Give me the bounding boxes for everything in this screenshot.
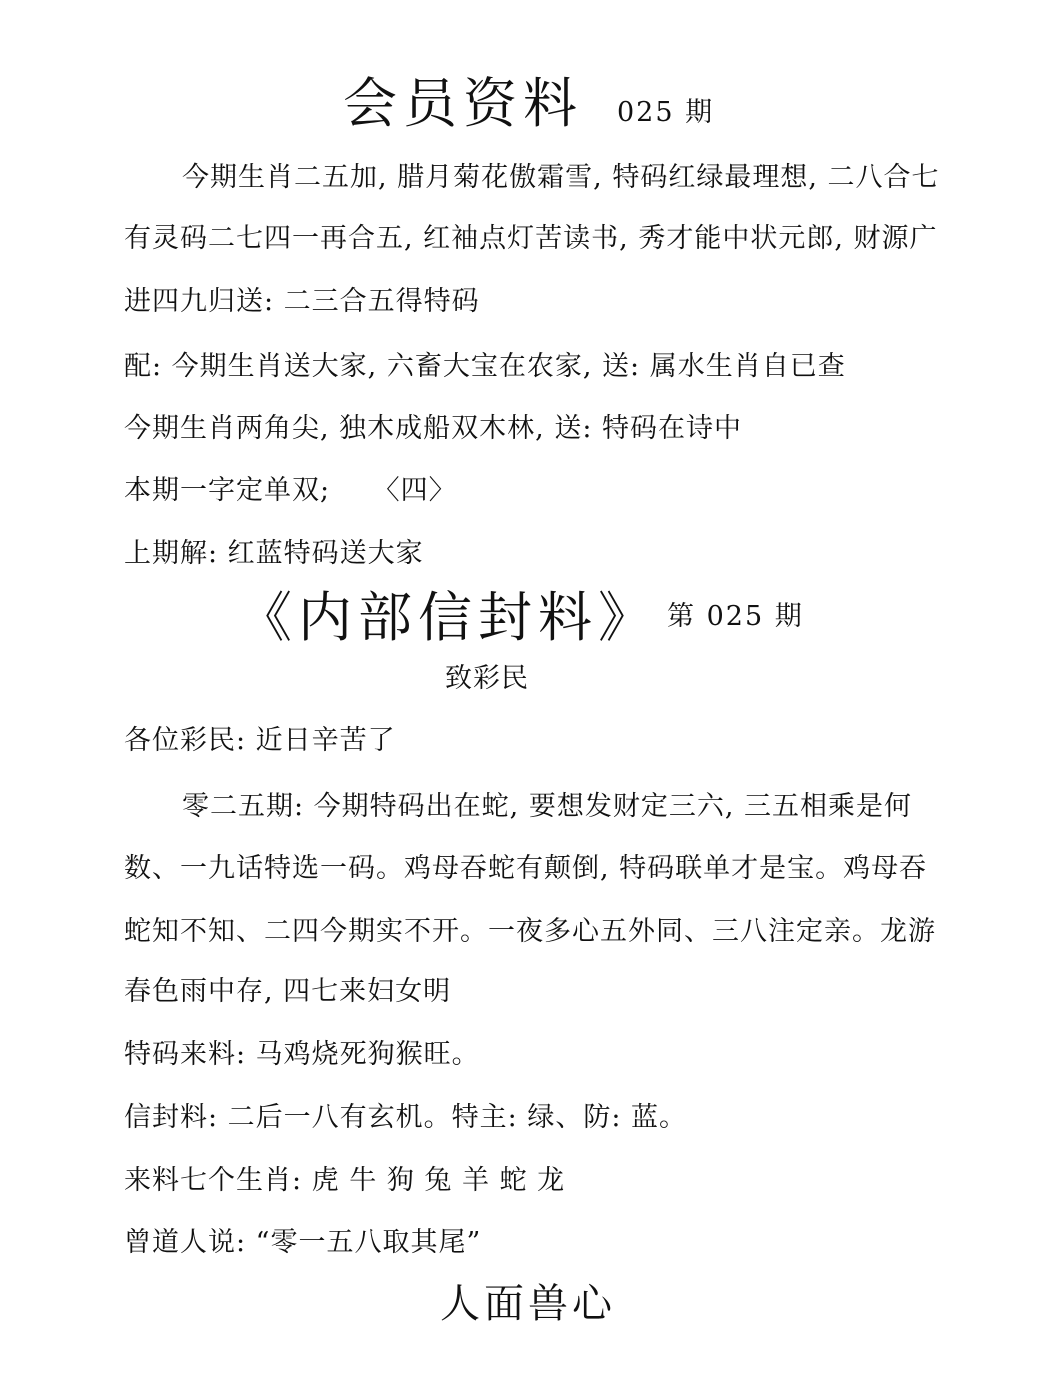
letter-paragraph-line-3: 蛇知不知、二四今期实不开。一夜多心五外同、三八注定亲。龙游 xyxy=(124,915,936,949)
member-info-line-2: 有灵码二七四一再合五, 红袖点灯苦读书, 秀才能中状元郎, 财源广 xyxy=(124,222,938,256)
letter-paragraph-line-2: 数、一九话特选一码。鸡母吞蛇有颠倒, 特码联单才是宝。鸡母吞 xyxy=(124,852,927,886)
member-info-title: 会员资料 xyxy=(343,72,583,136)
seven-zodiacs: 来料七个生肖: 虎 牛 狗 兔 羊 蛇 龙 xyxy=(124,1164,565,1198)
member-info-issue: 025 期 xyxy=(617,96,714,130)
internal-envelope-title: 《内部信封料》 xyxy=(238,586,658,650)
letter-greeting: 各位彩民: 近日辛苦了 xyxy=(124,724,396,758)
letter-subtitle: 致彩民 xyxy=(445,662,529,696)
member-info-line-4: 配: 今期生肖送大家, 六畜大宝在农家, 送: 属水生肖自已查 xyxy=(124,350,846,384)
special-code-source: 特码来料: 马鸡烧死狗猴旺。 xyxy=(124,1038,480,1072)
member-info-line-5: 今期生肖两角尖, 独木成船双木林, 送: 特码在诗中 xyxy=(124,412,742,446)
member-info-line-1: 今期生肖二五加, 腊月菊花傲霜雪, 特码红绿最理想, 二八合七 xyxy=(182,161,940,195)
letter-paragraph-line-4: 春色雨中存, 四七来妇女明 xyxy=(124,975,451,1009)
previous-issue-answer: 上期解: 红蓝特码送大家 xyxy=(124,537,424,571)
member-info-line-3: 进四九归送: 二三合五得特码 xyxy=(124,285,480,319)
taoist-saying: 曾道人说: “零一五八取其尾” xyxy=(124,1226,481,1260)
internal-envelope-issue: 第 025 期 xyxy=(667,600,804,634)
closing-phrase: 人面兽心 xyxy=(440,1272,616,1336)
letter-paragraph-line-1: 零二五期: 今期特码出在蛇, 要想发财定三六, 三五相乘是何 xyxy=(182,790,912,824)
member-info-line-6: 本期一字定单双; 〈四〉 xyxy=(124,474,457,508)
envelope-hint: 信封料: 二后一八有玄机。特主: 绿、防: 蓝。 xyxy=(124,1101,687,1135)
